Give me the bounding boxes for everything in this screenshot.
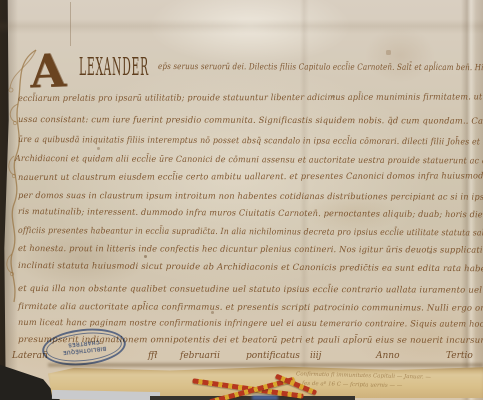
date-token: Anno <box>376 352 400 361</box>
plica-fold-shadow <box>48 363 483 367</box>
ink-spots <box>0 0 1 1</box>
date-token: februarii <box>180 352 220 361</box>
manuscript-text-line: firmitate alia auctoritate apl̄ica confi… <box>18 303 483 314</box>
manuscript-text-line: ussa consistant: cum iure fuerint presid… <box>18 116 483 127</box>
date-token: ffł <box>148 352 157 361</box>
manuscript-text-line: et honesta. prout in litteris inde confe… <box>18 245 483 256</box>
photograph-of-parchment-charter: A LEXANDER ep̄s seruus seruorū dei. Dile… <box>0 0 483 400</box>
date-token: pontificatus <box>246 352 300 361</box>
opening-word-capitals: LEXANDER <box>79 56 149 81</box>
manuscript-text-line: ep̄s seruus seruorū dei. Dilectis filiis… <box>158 63 483 74</box>
manuscript-text-line: per domos suas in claustrum ipsum introi… <box>18 192 483 203</box>
background-sliver <box>52 390 160 400</box>
manuscript-text-line: nauerunt ut claustrum eiusdem eccl̄ie ce… <box>18 172 483 183</box>
decorated-initial: A <box>29 47 66 94</box>
date-token: Tertio <box>446 352 473 361</box>
ruling-line <box>70 2 71 46</box>
date-token: iiij <box>310 352 321 361</box>
manuscript-text-line: eccl̄iarum prelatis pro ipsarū utilitati… <box>18 93 483 104</box>
blue-smudge <box>252 395 278 400</box>
manuscript-text-line: et quia illa non obstante qualibet consu… <box>18 285 483 296</box>
